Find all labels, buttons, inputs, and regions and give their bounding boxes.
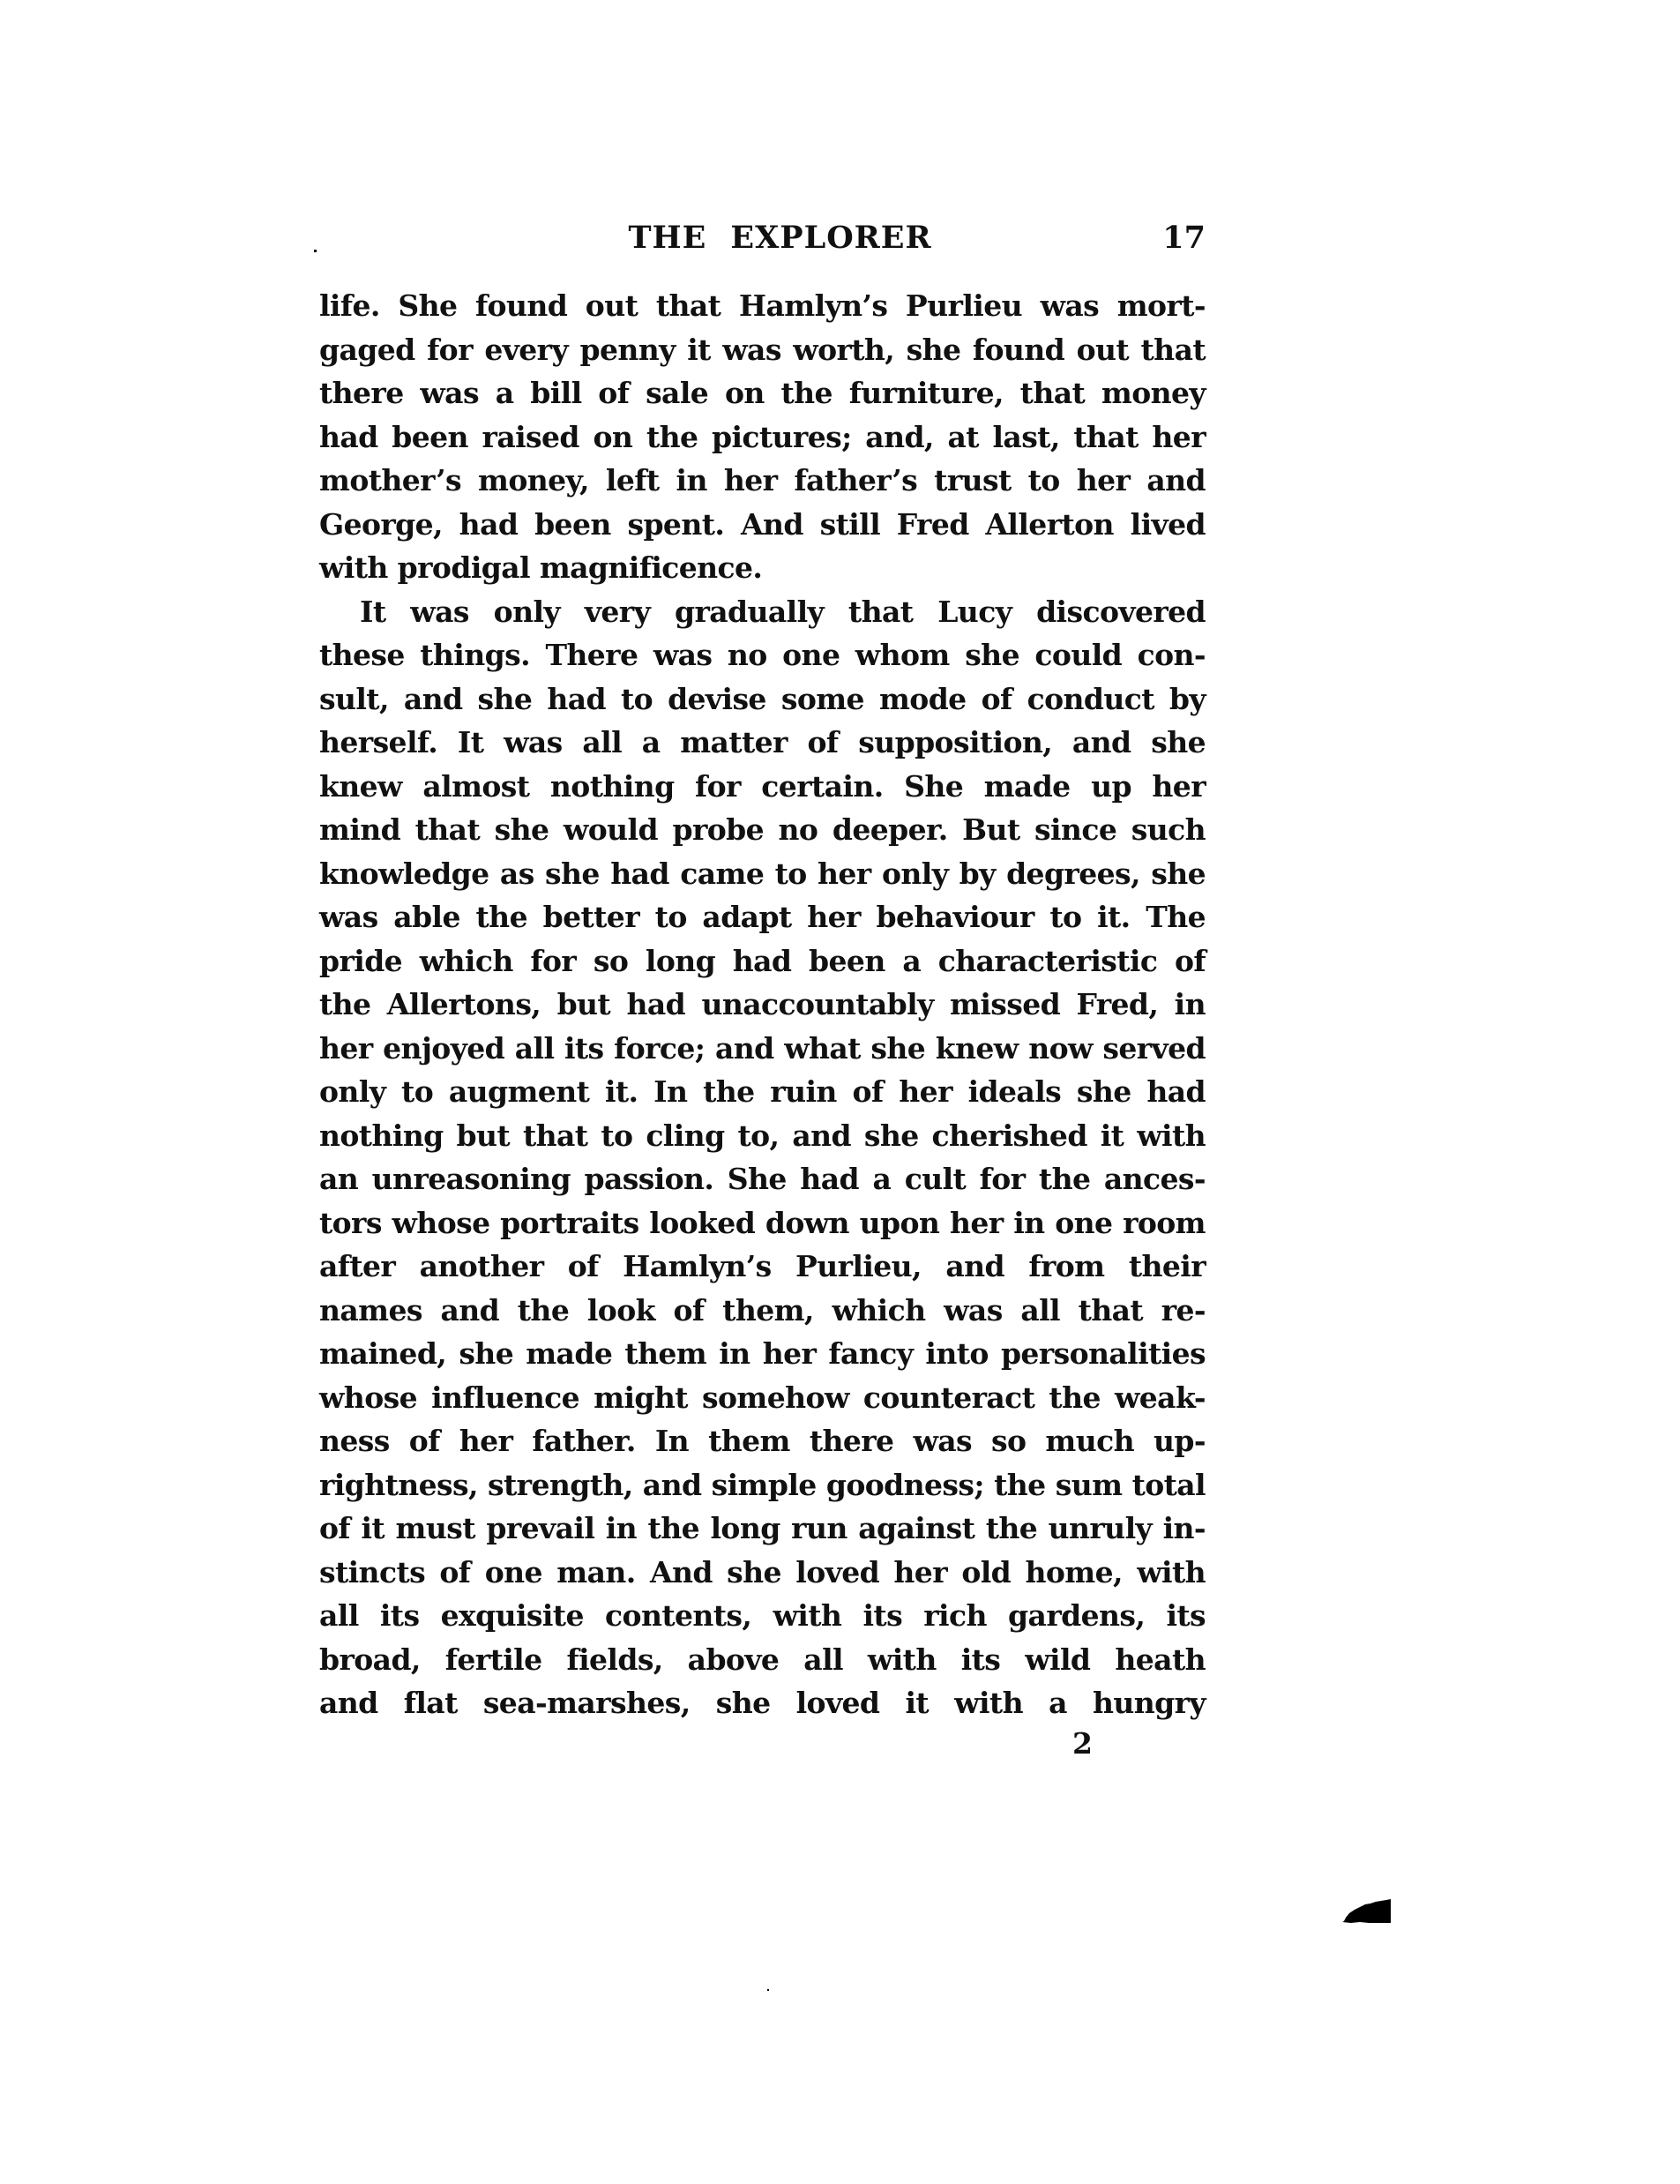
body-text: life. She found out that Hamlyn’s Purlie…: [319, 284, 1206, 1725]
text-line: all its exquisite contents, with its ric…: [319, 1594, 1206, 1638]
text-line: names and the look of them, which was al…: [319, 1289, 1206, 1333]
text-line: her enjoyed all its force; and what she …: [319, 1027, 1206, 1071]
text-line: herself. It was all a matter of supposit…: [319, 721, 1206, 765]
paragraph-start-line: It was only very gradually that Lucy dis…: [319, 590, 1206, 634]
text-line: the Allertons, but had unaccountably mis…: [319, 983, 1206, 1027]
text-line: tors whose portraits looked down upon he…: [319, 1201, 1206, 1245]
text-line: mained, she made them in her fancy into …: [319, 1332, 1206, 1376]
page-number: 17: [1162, 216, 1206, 260]
text-line: sult, and she had to devise some mode of…: [319, 677, 1206, 722]
text-line: and flat sea-marshes, she loved it with …: [319, 1681, 1206, 1725]
ink-blot-mark: [1342, 1896, 1392, 1925]
text-line: mind that she would probe no deeper. But…: [319, 808, 1206, 852]
text-line: only to augment it. In the ruin of her i…: [319, 1070, 1206, 1114]
text-line: stincts of one man. And she loved her ol…: [319, 1551, 1206, 1595]
text-line: there was a bill of sale on the furnitur…: [319, 371, 1206, 415]
text-line: with prodigal magnificence.: [319, 546, 1206, 590]
running-head: THE EXPLORER 17: [319, 216, 1206, 260]
text-line: life. She found out that Hamlyn’s Purlie…: [319, 284, 1206, 328]
text-line: an unreasoning passion. She had a cult f…: [319, 1157, 1206, 1201]
text-line: after another of Hamlyn’s Purlieu, and f…: [319, 1245, 1206, 1289]
text-line: knowledge as she had came to her only by…: [319, 852, 1206, 896]
text-line: was able the better to adapt her behavio…: [319, 895, 1206, 939]
text-line: nothing but that to cling to, and she ch…: [319, 1114, 1206, 1158]
running-title: THE EXPLORER: [319, 216, 1206, 260]
text-line: gaged for every penny it was worth, she …: [319, 328, 1206, 372]
text-line: pride which for so long had been a chara…: [319, 939, 1206, 984]
scan-speck: [767, 1989, 769, 1991]
text-line: ness of her father. In them there was so…: [319, 1419, 1206, 1463]
text-line: knew almost nothing for certain. She mad…: [319, 765, 1206, 809]
scan-speck: [314, 250, 317, 252]
text-line: these things. There was no one whom she …: [319, 633, 1206, 677]
text-line: rightness, strength, and simple goodness…: [319, 1463, 1206, 1507]
book-page: THE EXPLORER 17 life. She found out that…: [0, 0, 1680, 2184]
text-line: George, had been spent. And still Fred A…: [319, 503, 1206, 547]
signature-mark: 2: [1072, 1724, 1093, 1763]
text-line: of it must prevail in the long run again…: [319, 1507, 1206, 1551]
text-line: mother’s money, left in her father’s tru…: [319, 459, 1206, 503]
text-line: whose influence might somehow counteract…: [319, 1376, 1206, 1420]
text-line: had been raised on the pictures; and, at…: [319, 415, 1206, 460]
text-line: broad, fertile fields, above all with it…: [319, 1638, 1206, 1682]
